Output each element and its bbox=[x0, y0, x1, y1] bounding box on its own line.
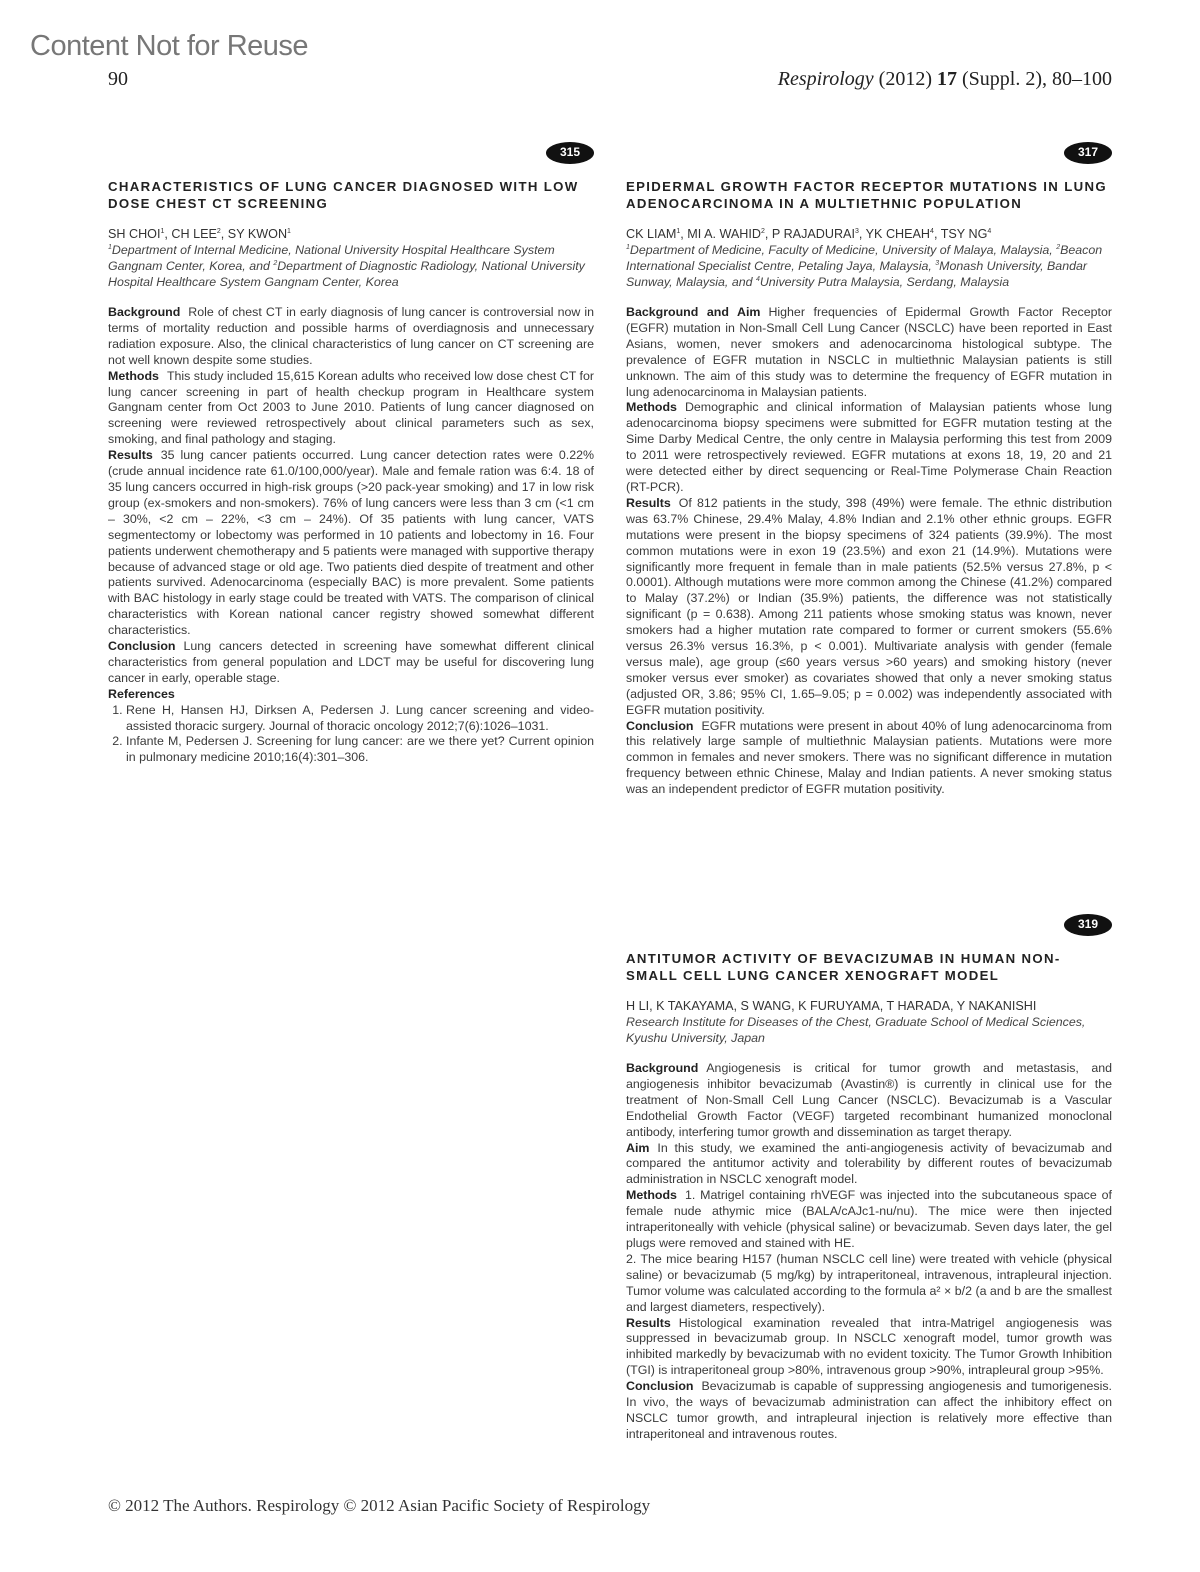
abstract-number-badge: 315 bbox=[546, 142, 594, 164]
section-label: Background bbox=[626, 1061, 698, 1075]
reference-item: Rene H, Hansen HJ, Dirksen A, Pedersen J… bbox=[126, 703, 594, 735]
affiliations: 1Department of Internal Medicine, Nation… bbox=[108, 242, 594, 290]
section-label: Conclusion bbox=[626, 719, 693, 733]
author-sup: 1 bbox=[676, 228, 680, 235]
affiliation: Department of Medicine, Faculty of Medic… bbox=[630, 243, 1056, 257]
affiliation: University Putra Malaysia, Serdang, Mala… bbox=[760, 275, 1009, 289]
section-label: Methods bbox=[626, 1188, 677, 1202]
section-text: Lung cancers detected in screening have … bbox=[108, 639, 594, 685]
section-text: Histological examination revealed that i… bbox=[626, 1316, 1112, 1378]
section-label: Background bbox=[108, 305, 180, 319]
section-methods: MethodsThis study included 15,615 Korean… bbox=[108, 369, 594, 449]
section-text: 1. Matrigel containing rhVEGF was inject… bbox=[626, 1188, 1112, 1250]
section-background: BackgroundRole of chest CT in early diag… bbox=[108, 305, 594, 369]
author: P RAJADURAI bbox=[772, 227, 855, 241]
section-text: Angiogenesis is critical for tumor growt… bbox=[626, 1061, 1112, 1139]
abstract-title: EPIDERMAL GROWTH FACTOR RECEPTOR MUTATIO… bbox=[626, 178, 1112, 212]
section-label: Background and Aim bbox=[626, 305, 760, 319]
author-sup: 4 bbox=[987, 228, 991, 235]
abstract-title: CHARACTERISTICS OF LUNG CANCER DIAGNOSED… bbox=[108, 178, 594, 212]
section-text: Higher frequencies of Epidermal Growth F… bbox=[626, 305, 1112, 399]
section-label: Methods bbox=[626, 400, 677, 414]
author: YK CHEAH bbox=[866, 227, 930, 241]
right-column: 317 EPIDERMAL GROWTH FACTOR RECEPTOR MUT… bbox=[626, 142, 1112, 798]
author-sup: 4 bbox=[930, 228, 934, 235]
affiliations: 1Department of Medicine, Faculty of Medi… bbox=[626, 242, 1112, 290]
section-label: Results bbox=[626, 496, 671, 510]
section-results: ResultsOf 812 patients in the study, 398… bbox=[626, 496, 1112, 719]
section-text: Demographic and clinical information of … bbox=[626, 400, 1112, 494]
journal-citation: Respirology (2012) 17 (Suppl. 2), 80–100 bbox=[778, 68, 1112, 91]
watermark: Content Not for Reuse bbox=[30, 30, 308, 63]
section-text: 35 lung cancer patients occurred. Lung c… bbox=[108, 448, 594, 637]
author: SY KWON bbox=[228, 227, 287, 241]
abstract-title: ANTITUMOR ACTIVITY OF BEVACIZUMAB IN HUM… bbox=[626, 950, 1112, 984]
author-sup: 1 bbox=[287, 228, 291, 235]
section-text: EGFR mutations were present in about 40%… bbox=[626, 719, 1112, 797]
section-conclusion: ConclusionBevacizumab is capable of supp… bbox=[626, 1379, 1112, 1443]
section-text: Role of chest CT in early diagnosis of l… bbox=[108, 305, 594, 367]
author: CK LIAM bbox=[626, 227, 676, 241]
section-label: Conclusion bbox=[626, 1379, 693, 1393]
abstract-319: 319 ANTITUMOR ACTIVITY OF BEVACIZUMAB IN… bbox=[626, 914, 1112, 1443]
section-label: Aim bbox=[626, 1141, 649, 1155]
reference-item: Infante M, Pedersen J. Screening for lun… bbox=[126, 734, 594, 766]
journal-issue-pages: (Suppl. 2), 80–100 bbox=[962, 68, 1112, 90]
author-list: SH CHOI1, CH LEE2, SY KWON1 bbox=[108, 226, 594, 242]
author-sup: 2 bbox=[217, 228, 221, 235]
author-list: CK LIAM1, MI A. WAHID2, P RAJADURAI3, YK… bbox=[626, 226, 1112, 242]
journal-volume: 17 bbox=[937, 68, 957, 90]
author-list: H LI, K TAKAYAMA, S WANG, K FURUYAMA, T … bbox=[626, 998, 1112, 1014]
author: TSY NG bbox=[941, 227, 988, 241]
section-text: This study included 15,615 Korean adults… bbox=[108, 369, 594, 447]
author: SH CHOI bbox=[108, 227, 160, 241]
copyright-footer: © 2012 The Authors. Respirology © 2012 A… bbox=[108, 1496, 650, 1516]
reference-list: Rene H, Hansen HJ, Dirksen A, Pedersen J… bbox=[108, 703, 594, 767]
journal-name: Respirology bbox=[778, 68, 874, 90]
author-sup: 1 bbox=[160, 228, 164, 235]
abstract-number-badge: 317 bbox=[1064, 142, 1112, 164]
section-label: Results bbox=[626, 1316, 671, 1330]
left-column: 315 CHARACTERISTICS OF LUNG CANCER DIAGN… bbox=[108, 142, 594, 766]
section-results: ResultsHistological examination revealed… bbox=[626, 1316, 1112, 1380]
section-text: Of 812 patients in the study, 398 (49%) … bbox=[626, 496, 1112, 717]
section-text: Bevacizumab is capable of suppressing an… bbox=[626, 1379, 1112, 1441]
section-text: In this study, we examined the anti-angi… bbox=[626, 1141, 1112, 1187]
section-methods: Methods1. Matrigel containing rhVEGF was… bbox=[626, 1188, 1112, 1252]
affiliations: Research Institute for Diseases of the C… bbox=[626, 1014, 1112, 1046]
section-text: 2. The mice bearing H157 (human NSCLC ce… bbox=[626, 1252, 1112, 1314]
section-results: Results35 lung cancer patients occurred.… bbox=[108, 448, 594, 639]
journal-year: (2012) bbox=[879, 68, 932, 90]
abstract-317: 317 EPIDERMAL GROWTH FACTOR RECEPTOR MUT… bbox=[626, 142, 1112, 798]
section-label: Conclusion bbox=[108, 639, 175, 653]
section-aim: AimIn this study, we examined the anti-a… bbox=[626, 1141, 1112, 1189]
section-methods-continued: 2. The mice bearing H157 (human NSCLC ce… bbox=[626, 1252, 1112, 1316]
section-background: BackgroundAngiogenesis is critical for t… bbox=[626, 1061, 1112, 1141]
abstract-315: 315 CHARACTERISTICS OF LUNG CANCER DIAGN… bbox=[108, 142, 594, 766]
references-heading: References bbox=[108, 687, 594, 703]
author-sup: 2 bbox=[761, 228, 765, 235]
section-label: Methods bbox=[108, 369, 159, 383]
author: MI A. WAHID bbox=[687, 227, 761, 241]
section-background-aim: Background and AimHigher frequencies of … bbox=[626, 305, 1112, 400]
abstract-number-badge: 319 bbox=[1064, 914, 1112, 936]
section-conclusion: ConclusionLung cancers detected in scree… bbox=[108, 639, 594, 687]
section-label: Results bbox=[108, 448, 153, 462]
author-sup: 3 bbox=[855, 228, 859, 235]
section-conclusion: ConclusionEGFR mutations were present in… bbox=[626, 719, 1112, 799]
section-methods: MethodsDemographic and clinical informat… bbox=[626, 400, 1112, 495]
author: CH LEE bbox=[171, 227, 217, 241]
page-number: 90 bbox=[108, 68, 128, 91]
